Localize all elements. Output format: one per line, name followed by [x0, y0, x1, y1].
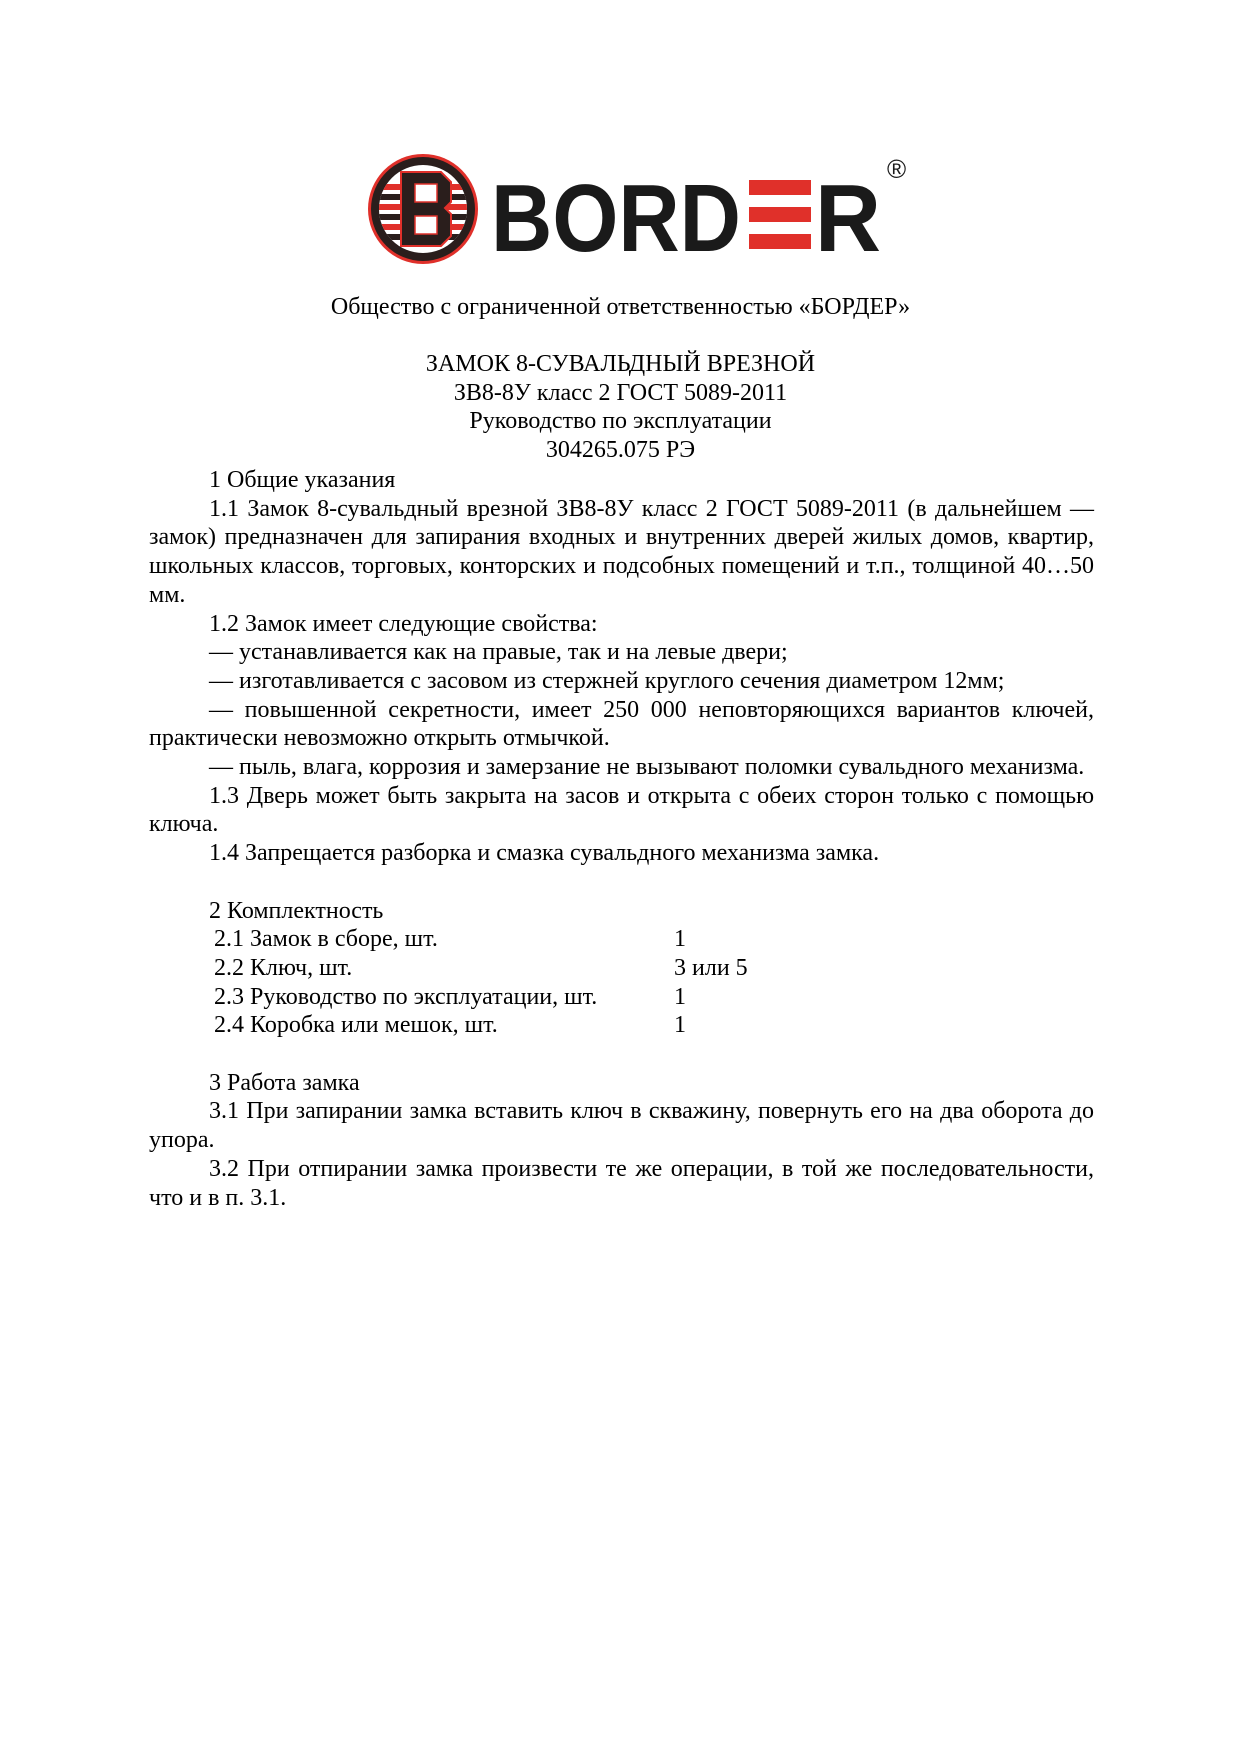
document-title: ЗАМОК 8-СУВАЛЬДНЫЙ ВРЕЗНОЙ ЗВ8-8У класс …: [0, 350, 1241, 464]
title-line-2: ЗВ8-8У класс 2 ГОСТ 5089-2011: [0, 379, 1241, 408]
kit-item-name: 2.3 Руководство по эксплуатации, шт.: [149, 983, 674, 1012]
property-item: — повышенной секретности, имеет 250 000 …: [149, 696, 1094, 753]
paragraph-3-2: 3.2 При отпирании замка произвести те же…: [149, 1155, 1094, 1212]
section-1-heading: 1 Общие указания: [149, 466, 1094, 495]
registered-mark-icon: ®: [887, 154, 906, 184]
property-item: — пыль, влага, коррозия и замерзание не …: [149, 753, 1094, 782]
kit-item-name: 2.2 Ключ, шт.: [149, 954, 674, 983]
section-3-heading: 3 Работа замка: [149, 1069, 1094, 1098]
organization-name: Общество с ограниченной ответственностью…: [0, 293, 1241, 321]
document-body: 1 Общие указания 1.1 Замок 8-сувальдный …: [149, 466, 1094, 1212]
kit-item-qty: 3 или 5: [674, 954, 748, 983]
brand-text-suffix: R: [815, 165, 881, 268]
brand-e-stripes-icon: [749, 180, 811, 249]
kit-item-name: 2.1 Замок в сборе, шт.: [149, 925, 674, 954]
kit-item: 2.2 Ключ, шт. 3 или 5: [149, 954, 1094, 983]
paragraph-1-3: 1.3 Дверь может быть закрыта на засов и …: [149, 782, 1094, 839]
property-item: — устанавливается как на правые, так и н…: [149, 638, 1094, 667]
border-logo-graphic: BORD R ®: [365, 150, 945, 268]
title-line-4: 304265.075 РЭ: [0, 436, 1241, 465]
section-2-heading: 2 Комплектность: [149, 897, 1094, 926]
kit-item-qty: 1: [674, 1011, 686, 1040]
title-line-3: Руководство по эксплуатации: [0, 407, 1241, 436]
title-line-1: ЗАМОК 8-СУВАЛЬДНЫЙ ВРЕЗНОЙ: [0, 350, 1241, 379]
paragraph-3-1: 3.1 При запирании замка вставить ключ в …: [149, 1097, 1094, 1154]
kit-item-qty: 1: [674, 925, 686, 954]
paragraph-1-4: 1.4 Запрещается разборка и смазка суваль…: [149, 839, 1094, 868]
kit-item: 2.4 Коробка или мешок, шт. 1: [149, 1011, 1094, 1040]
brand-text-prefix: BORD: [491, 165, 741, 268]
emblem-icon: [368, 154, 478, 264]
kit-item: 2.1 Замок в сборе, шт. 1: [149, 925, 1094, 954]
paragraph-1-1: 1.1 Замок 8-сувальдный врезной ЗВ8-8У кл…: [149, 495, 1094, 610]
kit-item-name: 2.4 Коробка или мешок, шт.: [149, 1011, 674, 1040]
border-logo: BORD R ®: [365, 150, 945, 268]
kit-item-qty: 1: [674, 983, 686, 1012]
paragraph-1-2: 1.2 Замок имеет следующие свойства:: [149, 610, 1094, 639]
kit-item: 2.3 Руководство по эксплуатации, шт. 1: [149, 983, 1094, 1012]
property-item: — изготавливается с засовом из стержней …: [149, 667, 1094, 696]
